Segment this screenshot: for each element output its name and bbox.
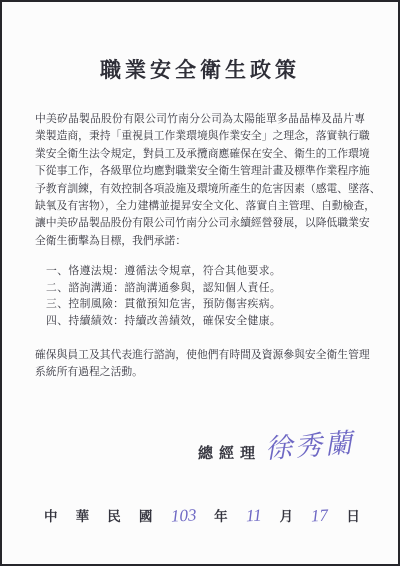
commitment-item: 四、持續績效：持續改善績效，確保安全健康。	[46, 313, 365, 330]
date-segment: 日	[346, 505, 360, 525]
date-segment: 月	[280, 505, 294, 525]
intro-line: 缺氧及有害物），全力建構並提昇安全文化、落實自主管理、自動檢查，	[35, 198, 365, 215]
intro-line: 業製造商，秉持「重視員工作業環境與作業安全」之理念，落實執行職	[35, 128, 365, 145]
signer-role-label: 總經理	[198, 442, 261, 463]
intro-paragraph: 中美矽晶製品股份有限公司竹南分公司為太陽能單多晶晶棒及晶片專 業製造商，秉持「重…	[35, 111, 365, 250]
handwritten-signature: 徐秀蘭	[264, 421, 357, 466]
date-segment: 國	[139, 505, 153, 525]
document-title: 職業安全衛生政策	[2, 54, 398, 84]
date-segment: 103	[170, 505, 197, 526]
closing-paragraph: 確保與員工及其代表進行諮詢，使他們有時間及資源參與安全衛生管理 系統所有過程之活…	[35, 347, 365, 382]
intro-line: 予教育訓練，有效控制各項設施及環境所產生的危害因素（感電、墜落、	[35, 181, 365, 198]
intro-line: 業安全衛生法令規定，對員工及承攬商應確保在安全、衛生的工作環境	[35, 146, 365, 163]
date-segment: 中	[44, 505, 58, 525]
intro-line: 中美矽晶製品股份有限公司竹南分公司為太陽能單多晶晶棒及晶片專	[35, 111, 365, 128]
date-segment: 民	[107, 505, 121, 525]
date-line: 中 華 民 國 103 年 11 月 17 日	[44, 505, 360, 526]
date-segment: 17	[311, 506, 329, 527]
date-segment: 華	[76, 505, 90, 525]
date-segment: 11	[245, 506, 262, 527]
commitment-list: 一、恪遵法規：遵循法令規章，符合其他要求。 二、諮詢溝通：諮詢溝通參與，認知個人…	[35, 263, 365, 329]
date-segment: 年	[214, 505, 228, 525]
commitment-item: 三、控制風險：貫徹預知危害，預防傷害疾病。	[46, 296, 365, 313]
document-body: 中美矽晶製品股份有限公司竹南分公司為太陽能單多晶晶棒及晶片專 業製造商，秉持「重…	[35, 111, 365, 471]
intro-line: 讓中美矽晶製品股份有限公司竹南分公司永續經營發展，以降低職業安	[35, 215, 365, 232]
commitment-item: 一、恪遵法規：遵循法令規章，符合其他要求。	[46, 263, 365, 280]
signature-block: 總經理 徐秀蘭	[198, 427, 365, 471]
intro-line: 下從事工作，各級單位均應對職業安全衛生管理計畫及標準作業程序施	[35, 163, 365, 180]
intro-line: 全衛生衝擊為目標，我們承諾：	[35, 233, 365, 250]
commitment-item: 二、諮詢溝通：諮詢溝通參與，認知個人責任。	[46, 280, 365, 297]
closing-line: 系統所有過程之活動。	[35, 364, 365, 381]
closing-line: 確保與員工及其代表進行諮詢，使他們有時間及資源參與安全衛生管理	[35, 347, 365, 364]
scanned-policy-document: 職業安全衛生政策 中美矽晶製品股份有限公司竹南分公司為太陽能單多晶晶棒及晶片專 …	[0, 0, 400, 566]
